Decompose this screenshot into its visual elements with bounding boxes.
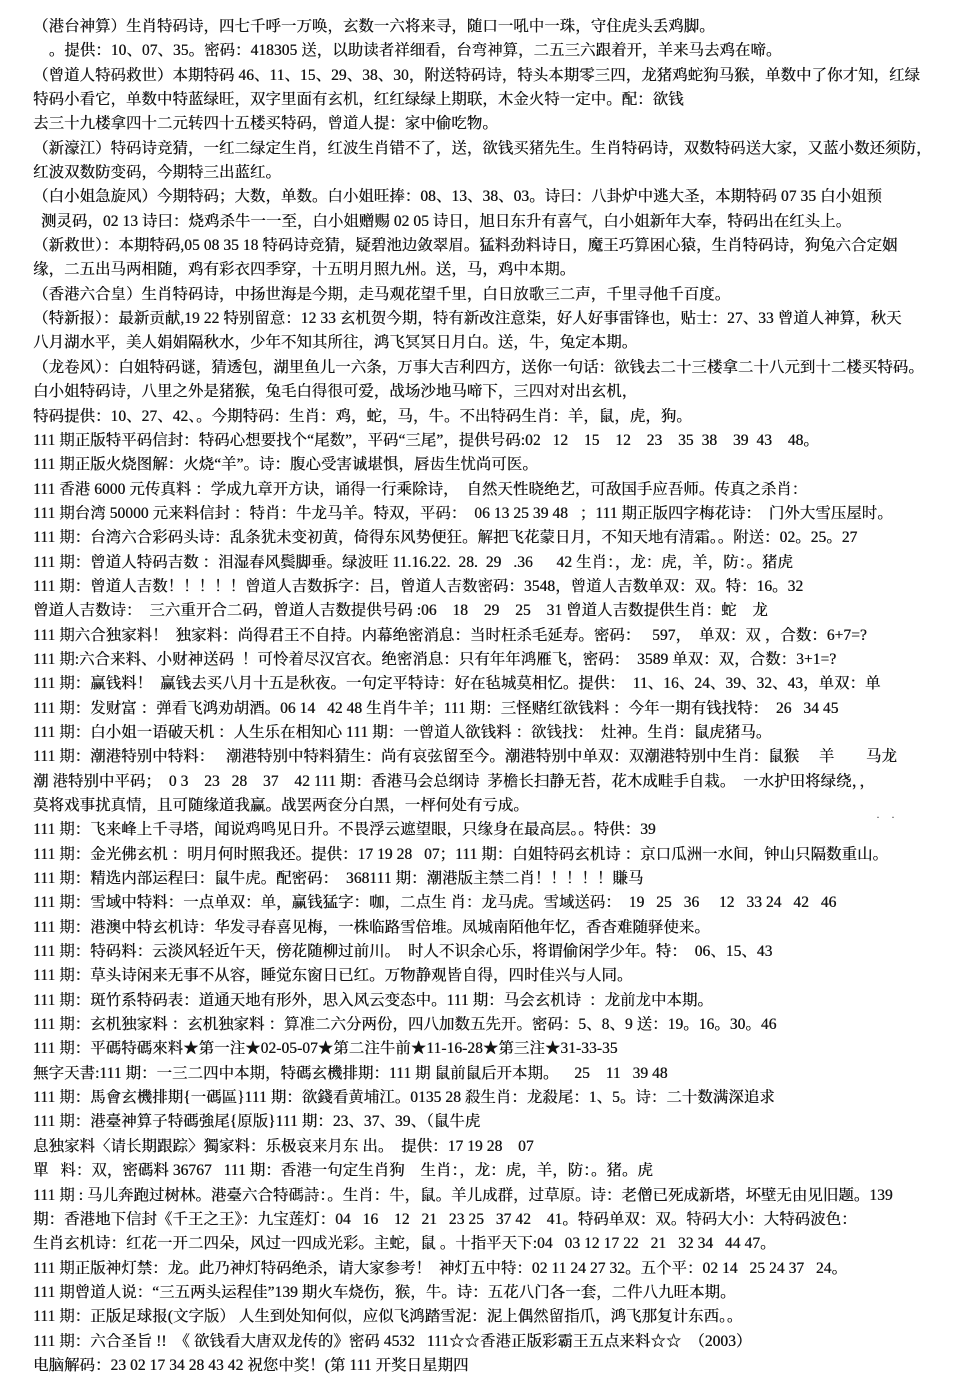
text-line: 111 期：曾道人吉数！！！！！曾道人吉数拆字：吕，曾道人吉数密码：3548，曾… (33, 575, 960, 599)
scan-artifact-dots: · · (876, 810, 899, 825)
text-line: 111 期：玄机独家料 ：玄机独家料 ：算准二六分两份，四八加数五先开。密码：5… (33, 1013, 960, 1037)
text-line: 红波双数防变码，今期特三出蓝红。 (33, 161, 960, 185)
text-line: 111 期:六合来料、小财神送码 ！可怜着尽汉宫衣。绝密消息：只有年年鸿雁飞，密… (33, 648, 960, 672)
text-line: 111 期：馬會玄機排期{一碼區}111 期：欲錢看黄埔江。0135 28 殺生… (33, 1086, 960, 1110)
text-line: 期：香港地下信封《千王之王》：九宝莲灯：04 16 12 21 23 25 37… (33, 1208, 960, 1232)
text-line: 111 期：特码料：云淡风轻近午天，傍花随柳过前川。 时人不识余心乐，将谓偷闲学… (33, 940, 960, 964)
text-line: 111 期：飞来峰上千寻塔，闻说鸡鸣见日升。不畏浮云遮望眼，只缘身在最高层。。特… (33, 818, 960, 842)
text-line: 息独家料〈请长期跟踪〉獨家料：乐极哀来月东 出。 提供：17 19 28 07 (33, 1135, 960, 1159)
text-line: 111 期曾道人说：“三五两头运程佳”139 期火车烧伤，猴，牛。诗：五花八门各… (33, 1281, 960, 1305)
text-line: （曾道人特码救世）本期特码 46、11、15、29、38、30，附送特码诗，特头… (33, 64, 960, 88)
text-line: 111 期六合独家料！ 独家料：尚得君王不自持。内幕绝密消息：当时枉杀毛延寿。密… (33, 624, 960, 648)
text-line: （特新报）：最新贡献,19 22 特别留意：12 33 玄机贺今期，特有新改注意… (33, 307, 960, 331)
text-line: 111 期：金光佛玄机 ：明月何时照我还。提供：17 19 28 07；111 … (33, 843, 960, 867)
text-line: 無字天書:111 期：一三二四中本期，特碼玄機排期：111 期 鼠前鼠后开本期。… (33, 1062, 960, 1086)
text-line: 111 期：六合圣旨 !! 《 欲钱看大唐双龙传的》密码 4532 111☆☆香… (33, 1330, 960, 1354)
text-line: 111 期 : 马儿奔跑过树林。港臺六合特碼詩：。生肖：牛，鼠。羊儿成群，过草原… (33, 1184, 960, 1208)
text-line: （港台神算）生肖特码诗，四七千呼一万唤，玄数一六将来寻，随口一吼中一珠，守住虎头… (33, 15, 960, 39)
text-line: 111 期：港澳中特玄机诗：华发寻春喜见梅，一株临路雪倍堆。凤城南陌他年忆，香杳… (33, 916, 960, 940)
text-line: 缘，二五出马两相随，鸡有彩衣四季穿，十五明月照九州。送，马，鸡中本期。 (33, 258, 960, 282)
text-line: 111 期：发财富 ：弹看飞鸿劝胡酒。06 14 42 48 生肖牛羊；111 … (33, 697, 960, 721)
text-line: 特码小看它，单数中特蓝绿旺，双字里面有玄机，红红绿绿上期联，木金火特一定中。配：… (33, 88, 960, 112)
text-line: 111 期正版神灯禁：龙。此乃神灯特码绝杀，请大家参考！ 神灯五中特：02 11… (33, 1257, 960, 1281)
text-line: （龙卷风）：白姐特码谜，猜透包，湖里鱼儿一六条，万事大吉利四方，送你一句话：欲钱… (33, 356, 960, 380)
text-line: 111 香港 6000 元传真料 ：学成九章开方诀，诵得一行乘除诗， 自然天性晓… (33, 478, 960, 502)
text-line: 111 期：赢钱料！ 赢钱去买八月十五是秋夜。一句定平特诗：好在毡城莫相忆。提供… (33, 672, 960, 696)
text-line: 111 期正版火烧图解：火烧“羊”。诗：腹心受害诚堪惧，唇齿生忧尚可医。 (33, 453, 960, 477)
text-line: 111 期：台湾六合彩码头诗：乱条犹未变初黄，倚得东风势便狂。解把飞花蒙日月，不… (33, 526, 960, 550)
text-line: 潮 港特别中平码； 0 3 23 28 37 42 111 期：香港马会总纲诗 … (33, 770, 960, 794)
text-line: 111 期：潮港特别中特料： 潮港特别中特料猜生：尚有哀弦留至今。潮港特别中单双… (33, 745, 960, 769)
text-line: 八月湖水平，美人娟娟隔秋水，少年不知其所往，鸿飞冥冥日月白。送，牛，兔定本期。 (33, 331, 960, 355)
text-line: 111 期：斑竹系特码表：道通天地有形外，思入风云变态中。111 期：马会玄机诗… (33, 989, 960, 1013)
document-lines: （港台神算）生肖特码诗，四七千呼一万唤，玄数一六将来寻，随口一吼中一珠，守住虎头… (33, 15, 960, 1378)
document-page: （港台神算）生肖特码诗，四七千呼一万唤，玄数一六将来寻，随口一吼中一珠，守住虎头… (0, 0, 964, 1388)
text-line: 莫将戏事扰真情，且可随缘道我赢。战罢两奁分白黑，一枰何处有亏成。 (33, 794, 960, 818)
text-line: 111 期：精选内部运程曰：鼠牛虎。配密码： 368111 期：潮港版主禁二肖！… (33, 867, 960, 891)
text-line: （香港六合皇）生肖特码诗，中扬世海是今期，走马观花望千里，白日放歌三二声，千里寻… (33, 283, 960, 307)
text-line: 111 期：雪域中特料：一点单双：单，赢钱猛字：咖，二点生 肖：龙马虎。雪域送码… (33, 891, 960, 915)
text-line: 111 期：白小姐一语破天机 ：人生乐在相知心 111 期：一曾道人欲钱料 ：欲… (33, 721, 960, 745)
text-line: 111 期：曾道人特码吉数 ：泪湿春风鬓脚垂。绿波旺 11.16.22. 28.… (33, 551, 960, 575)
text-line: （新救世）：本期特码,05 08 35 18 特码诗竞猜，疑碧池边敛翠眉。猛料劲… (33, 234, 960, 258)
text-line: 單 料：双，密碼料 36767 111 期：香港一句定生肖狗 生肖：，龙：虎，羊… (33, 1159, 960, 1183)
text-line: 去三十九楼拿四十二元转四十五楼买特码，曾道人提：家中偷吃物。 (33, 112, 960, 136)
text-line: 电脑解码：23 02 17 34 28 43 42 祝您中奖！(第 111 开奖… (33, 1354, 960, 1378)
text-line: 111 期：平碼特碼來料★第一注★02-05-07★第二注牛前★11-16-28… (33, 1037, 960, 1061)
text-line: 111 期：港臺神算子特碼強尾{原版}111 期：23、37、39、（鼠牛虎 (33, 1110, 960, 1134)
text-line: 测灵码，02 13 诗曰：烧鸡杀牛一一至，白小姐赠赐 02 05 诗日，旭日东升… (33, 210, 960, 234)
text-line: 。提供：10、07、35。密码：418305 送，以助读者祥细看，台弯神算，二五… (33, 39, 960, 63)
text-line: 曾道人吉数诗： 三六重开合二码，曾道人吉数提供号码 :06 18 29 25 3… (33, 599, 960, 623)
text-line: 111 期正版特平码信封：特码心想要找个“尾数”，平码“三尾”，提供号码:02 … (33, 429, 960, 453)
text-line: 111 期：正版足球报(文字版） 人生到处知何似，应似飞鸿踏雪泥：泥上偶然留指爪… (33, 1305, 960, 1329)
text-line: 111 期：草头诗闲来无事不从容，睡觉东窗日已红。万物静观皆自得，四时佳兴与人同… (33, 964, 960, 988)
text-line: 生肖玄机诗：红花一开二四朵，风过一四成光彩。主蛇，鼠 。十指平天下:04 03 … (33, 1232, 960, 1256)
text-line: （白小姐急旋风）今期特码；大数，单数。白小姐旺捧：08、13、38、03。诗曰：… (33, 185, 960, 209)
text-line: 111 期台湾 50000 元来料信封 ：特肖：牛龙马羊。特双，平码： 06 1… (33, 502, 960, 526)
text-line: 特码提供：10、27、42、。今期特码：生肖：鸡，蛇，马，牛。不出特码生肖：羊，… (33, 405, 960, 429)
text-line: （新濠江）特码诗竞猜，一红二绿定生肖，红波生肖错不了，送，欲钱买猪先生。生肖特码… (33, 137, 960, 161)
text-line: 白小姐特码诗，八里之外是猪猴，兔毛白得很可爱，战场沙地马啼下，三四对对出玄机， (33, 380, 960, 404)
